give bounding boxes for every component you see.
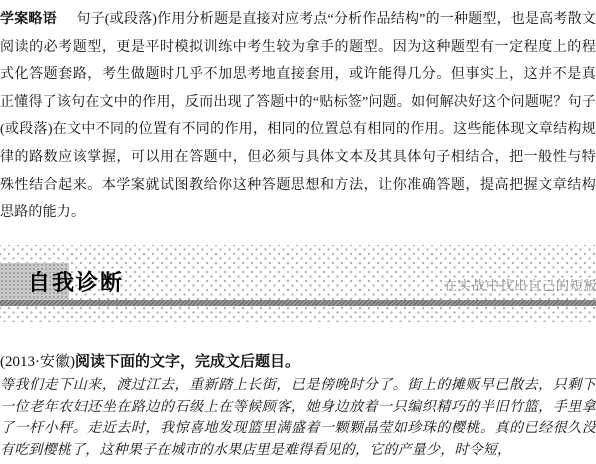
exercise-instruction-line: (2013·安徽)阅读下面的文字，完成文后题目。 <box>0 351 596 373</box>
intro-label: 学案略语 <box>0 10 57 26</box>
intro-body-text: 句子(或段落)作用分析题是直接对应考点“分析作品结构”的一种题型，也是高考散文阅… <box>0 12 596 220</box>
banner-tagline: 在实战中找出自己的短板 <box>444 278 596 294</box>
exercise-instruction-text: 阅读下面的文字，完成文后题目。 <box>75 353 300 370</box>
self-diagnosis-banner: 自我诊断 在实战中找出自己的短板 <box>0 245 596 322</box>
exercise-source: (2013·安徽) <box>0 354 75 370</box>
intro-paragraph: 学案略语句子(或段落)作用分析题是直接对应考点“分析作品结构”的一种题型，也是高… <box>0 5 596 227</box>
banner-title: 自我诊断 <box>28 269 124 297</box>
passage-text: 等我们走下山来，渡过江去，重新踏上长街，已是傍晚时分了。街上的摊贩早已散去，只剩… <box>0 375 596 461</box>
banner-divider-bar <box>0 300 596 306</box>
study-case-page: 学案略语句子(或段落)作用分析题是直接对应考点“分析作品结构”的一种题型，也是高… <box>0 0 596 464</box>
